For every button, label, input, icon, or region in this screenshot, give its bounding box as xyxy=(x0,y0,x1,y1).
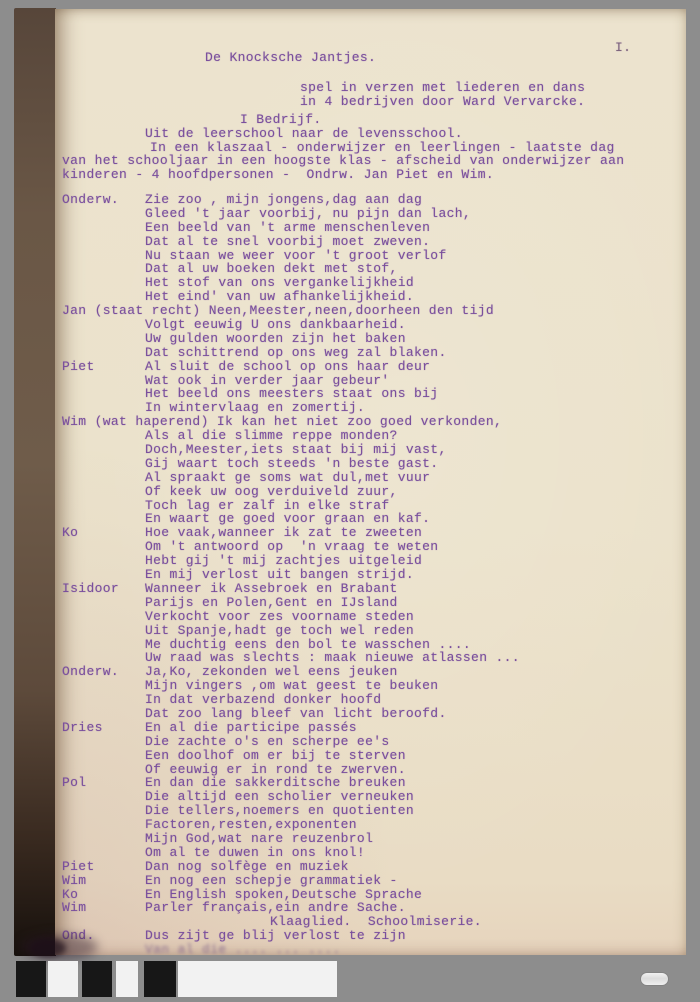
verse-text: Het stof van ons vergankelijkheid xyxy=(145,276,677,290)
speaker-label: Pol xyxy=(62,776,86,790)
dialogue-line: Al spraakt ge soms wat dul,met vuur xyxy=(62,471,677,485)
dialogue-line: Of keek uw oog verduiveld zuur, xyxy=(62,485,677,499)
verse-text: Gij waart toch steeds 'n beste gast. xyxy=(145,457,677,471)
scale-marker xyxy=(641,973,668,985)
speaker-label: Isidoor xyxy=(62,582,119,596)
verse-text: Dus zijt ge blij verlost te zijn xyxy=(145,929,677,943)
speaker-label: Piet xyxy=(62,860,95,874)
dialogue-line: Die altijd een scholier verneuken xyxy=(62,790,677,804)
dialogue-line: Nu staan we weer voor 't groot verlof xyxy=(62,249,677,263)
speaker-label: Wim xyxy=(62,874,86,888)
verse-text: Dat schittrend op ons weg zal blaken. xyxy=(145,346,677,360)
verse-text: Uw gulden woorden zijn het baken xyxy=(145,332,677,346)
dialogue-line: Parijs en Polen,Gent en IJsland xyxy=(62,596,677,610)
speaker-label: Ko xyxy=(62,888,78,902)
verse-text: Of keek uw oog verduiveld zuur, xyxy=(145,485,677,499)
speaker-label: Dries xyxy=(62,721,103,735)
verse-text: Die altijd een scholier verneuken xyxy=(145,790,677,804)
verse-text: Dan nog solfège en muziek xyxy=(145,860,677,874)
dialogue-line: Dat al uw boeken dekt met stof, xyxy=(62,262,677,276)
dialogue-line: IsidoorWanneer ik Assebroek en Brabant xyxy=(62,582,677,596)
verse-text: Nu staan we weer voor 't groot verlof xyxy=(145,249,677,263)
dialogue-line: Doch,Meester,iets staat bij mij vast, xyxy=(62,443,677,457)
dialogue-line: Verkocht voor zes voorname steden xyxy=(62,610,677,624)
act-heading: I Bedrijf. xyxy=(240,112,322,127)
verse-text: Een beeld van 't arme menschenleven xyxy=(145,221,677,235)
calibration-swatch-black xyxy=(16,961,46,997)
verse-text: En al die participe passés xyxy=(145,721,677,735)
dialogue-line: DriesEn al die participe passés xyxy=(62,721,677,735)
dialogue-block: Onderw.Zie zoo , mijn jongens,dag aan da… xyxy=(62,193,677,955)
dialogue-line: Uit Spanje,hadt ge toch wel reden xyxy=(62,624,677,638)
verse-text: Uit Spanje,hadt ge toch wel reden xyxy=(145,624,677,638)
speaker-label: Onderw. xyxy=(62,193,119,207)
dialogue-line: Die zachte o's en scherpe ee's xyxy=(62,735,677,749)
dialogue-line: Een doolhof om er bij te sterven xyxy=(62,749,677,763)
verse-text: En waart ge goed voor graan en kaf. xyxy=(145,512,677,526)
verse-text: Om al te duwen in ons knol! xyxy=(145,846,677,860)
dialogue-line: Uw gulden woorden zijn het baken xyxy=(62,332,677,346)
dialogue-line: Het eind' van uw afhankelijkheid. xyxy=(62,290,677,304)
dialogue-line: PietAl sluit de school op ons haar deur xyxy=(62,360,677,374)
verse-text: Gleed 't jaar voorbij, nu pijn dan lach, xyxy=(145,207,677,221)
verse-text: Dat zoo lang bleef van licht beroofd. xyxy=(145,707,677,721)
dialogue-line: Mijn vingers ,om wat geest te beuken xyxy=(62,679,677,693)
dialogue-line: Mijn God,wat nare reuzenbrol xyxy=(62,832,677,846)
calibration-swatch-white xyxy=(116,961,138,997)
verse-text: Om 't antwoord op 'n vraag te weten xyxy=(145,540,677,554)
verse-text: En dan die sakkerditsche breuken xyxy=(145,776,677,790)
dialogue-line: Een beeld van 't arme menschenleven xyxy=(62,221,677,235)
dialogue-line: Jan (staat recht) Neen,Meester,neen,door… xyxy=(62,304,677,318)
speaker-label: Ko xyxy=(62,526,78,540)
verse-text: Het eind' van uw afhankelijkheid. xyxy=(145,290,677,304)
verse-text: Uw raad was slechts : maak nieuwe atlass… xyxy=(145,651,677,665)
verse-text: Een doolhof om er bij te sterven xyxy=(145,749,677,763)
document-page: I. De Knocksche Jantjes. spel in verzen … xyxy=(55,9,686,955)
verse-text: Verkocht voor zes voorname steden xyxy=(145,610,677,624)
verse-text: En nog een schepje grammatiek - xyxy=(145,874,677,888)
dialogue-line: Hebt gij 't mij zachtjes uitgeleid xyxy=(62,554,677,568)
verse-text: Het beeld ons meesters staat ons bij xyxy=(145,387,677,401)
ink-smudge xyxy=(30,939,66,957)
verse-text: Volgt eeuwig U ons dankbaarheid. xyxy=(145,318,677,332)
page-number: I. xyxy=(615,40,631,55)
verse-text: Dat al uw boeken dekt met stof, xyxy=(145,262,677,276)
verse-text: Ja,Ko, zekonden wel eens jeuken xyxy=(145,665,677,679)
dialogue-line: Gleed 't jaar voorbij, nu pijn dan lach, xyxy=(62,207,677,221)
verse-text: Jan (staat recht) Neen,Meester,neen,door… xyxy=(62,304,677,318)
verse-text: Mijn vingers ,om wat geest te beuken xyxy=(145,679,677,693)
verse-text: Me duchtig eens den bol te wasschen .... xyxy=(145,638,677,652)
verse-text: Mijn God,wat nare reuzenbrol xyxy=(145,832,677,846)
dialogue-line: Om 't antwoord op 'n vraag te weten xyxy=(62,540,677,554)
dialogue-line: WimParler français,ein andre Sache. xyxy=(62,901,677,915)
dialogue-line: Ond.Dus zijt ge blij verlost te zijn xyxy=(62,929,677,943)
dialogue-line: Dat schittrend op ons weg zal blaken. xyxy=(62,346,677,360)
verse-text: Parijs en Polen,Gent en IJsland xyxy=(145,596,677,610)
verse-text: Toch lag er zalf in elke straf xyxy=(145,499,677,513)
dialogue-line: Dat zoo lang bleef van licht beroofd. xyxy=(62,707,677,721)
verse-text: Klaaglied. Schoolmiserie. xyxy=(270,915,677,929)
intro-line: kinderen - 4 hoofdpersonen - Ondrw. Jan … xyxy=(62,167,494,182)
verse-text: Die tellers,noemers en quotienten xyxy=(145,804,677,818)
subtitle-line: spel in verzen met liederen en dans xyxy=(300,80,585,95)
verse-text: Wim (wat haperend) Ik kan het niet zoo g… xyxy=(62,415,677,429)
verse-text: Wat ook in verder jaar gebeur' xyxy=(145,374,677,388)
dialogue-line: Factoren,resten,exponenten xyxy=(62,818,677,832)
speaker-label: Onderw. xyxy=(62,665,119,679)
dialogue-line: PietDan nog solfège en muziek xyxy=(62,860,677,874)
dialogue-line: Dat al te snel voorbij moet zweven. xyxy=(62,235,677,249)
dialogue-line: PolEn dan die sakkerditsche breuken xyxy=(62,776,677,790)
calibration-swatch-white-wide xyxy=(178,961,337,997)
dialogue-line: Het beeld ons meesters staat ons bij xyxy=(62,387,677,401)
document-title: De Knocksche Jantjes. xyxy=(205,50,376,65)
dialogue-line: Of eeuwig er in rond te zwerven. xyxy=(62,763,677,777)
verse-text: En mij verlost uit bangen strijd. xyxy=(145,568,677,582)
subtitle-line: in 4 bedrijven door Ward Vervarcke. xyxy=(300,94,585,109)
verse-text: En English spoken,Deutsche Sprache xyxy=(145,888,677,902)
verse-text: Of eeuwig er in rond te zwerven. xyxy=(145,763,677,777)
dialogue-line: Van al die .... ... .... xyxy=(62,943,677,955)
dialogue-line: Gij waart toch steeds 'n beste gast. xyxy=(62,457,677,471)
speaker-label: Wim xyxy=(62,901,86,915)
verse-text: Zie zoo , mijn jongens,dag aan dag xyxy=(145,193,677,207)
verse-text: In dat verbazend donker hoofd xyxy=(145,693,677,707)
calibration-swatch-black xyxy=(144,961,176,997)
dialogue-line: Onderw.Zie zoo , mijn jongens,dag aan da… xyxy=(62,193,677,207)
calibration-swatch-black xyxy=(82,961,112,997)
dialogue-line: KoHoe vaak,wanneer ik zat te zweeten xyxy=(62,526,677,540)
verse-text: Factoren,resten,exponenten xyxy=(145,818,677,832)
dialogue-line: En mij verlost uit bangen strijd. xyxy=(62,568,677,582)
dialogue-line: Uw raad was slechts : maak nieuwe atlass… xyxy=(62,651,677,665)
verse-text: Hebt gij 't mij zachtjes uitgeleid xyxy=(145,554,677,568)
verse-text: In wintervlaag en zomertij. xyxy=(145,401,677,415)
dialogue-line: Me duchtig eens den bol te wasschen .... xyxy=(62,638,677,652)
dialogue-line: Volgt eeuwig U ons dankbaarheid. xyxy=(62,318,677,332)
dialogue-line: In wintervlaag en zomertij. xyxy=(62,401,677,415)
verse-text: Van al die .... ... .... xyxy=(145,943,677,955)
calibration-swatch-white xyxy=(48,961,78,997)
verse-text: Als al die slimme reppe monden? xyxy=(145,429,677,443)
verse-text: Wanneer ik Assebroek en Brabant xyxy=(145,582,677,596)
verse-text: Parler français,ein andre Sache. xyxy=(145,901,677,915)
book-binding-edge xyxy=(14,8,56,956)
dialogue-line: Wim (wat haperend) Ik kan het niet zoo g… xyxy=(62,415,677,429)
scan-photo: I. De Knocksche Jantjes. spel in verzen … xyxy=(0,0,700,1002)
dialogue-line: Als al die slimme reppe monden? xyxy=(62,429,677,443)
verse-text: Al spraakt ge soms wat dul,met vuur xyxy=(145,471,677,485)
verse-text: Hoe vaak,wanneer ik zat te zweeten xyxy=(145,526,677,540)
verse-text: Dat al te snel voorbij moet zweven. xyxy=(145,235,677,249)
dialogue-line: Het stof van ons vergankelijkheid xyxy=(62,276,677,290)
verse-text: Die zachte o's en scherpe ee's xyxy=(145,735,677,749)
dialogue-line: Toch lag er zalf in elke straf xyxy=(62,499,677,513)
dialogue-line: KoEn English spoken,Deutsche Sprache xyxy=(62,888,677,902)
dialogue-line: En waart ge goed voor graan en kaf. xyxy=(62,512,677,526)
speaker-label: Piet xyxy=(62,360,95,374)
dialogue-line: In dat verbazend donker hoofd xyxy=(62,693,677,707)
verse-text: Doch,Meester,iets staat bij mij vast, xyxy=(145,443,677,457)
verse-text: Al sluit de school op ons haar deur xyxy=(145,360,677,374)
dialogue-line: WimEn nog een schepje grammatiek - xyxy=(62,874,677,888)
dialogue-line: Wat ook in verder jaar gebeur' xyxy=(62,374,677,388)
dialogue-line: Klaaglied. Schoolmiserie. xyxy=(62,915,677,929)
dialogue-line: Onderw.Ja,Ko, zekonden wel eens jeuken xyxy=(62,665,677,679)
dialogue-line: Om al te duwen in ons knol! xyxy=(62,846,677,860)
dialogue-line: Die tellers,noemers en quotienten xyxy=(62,804,677,818)
